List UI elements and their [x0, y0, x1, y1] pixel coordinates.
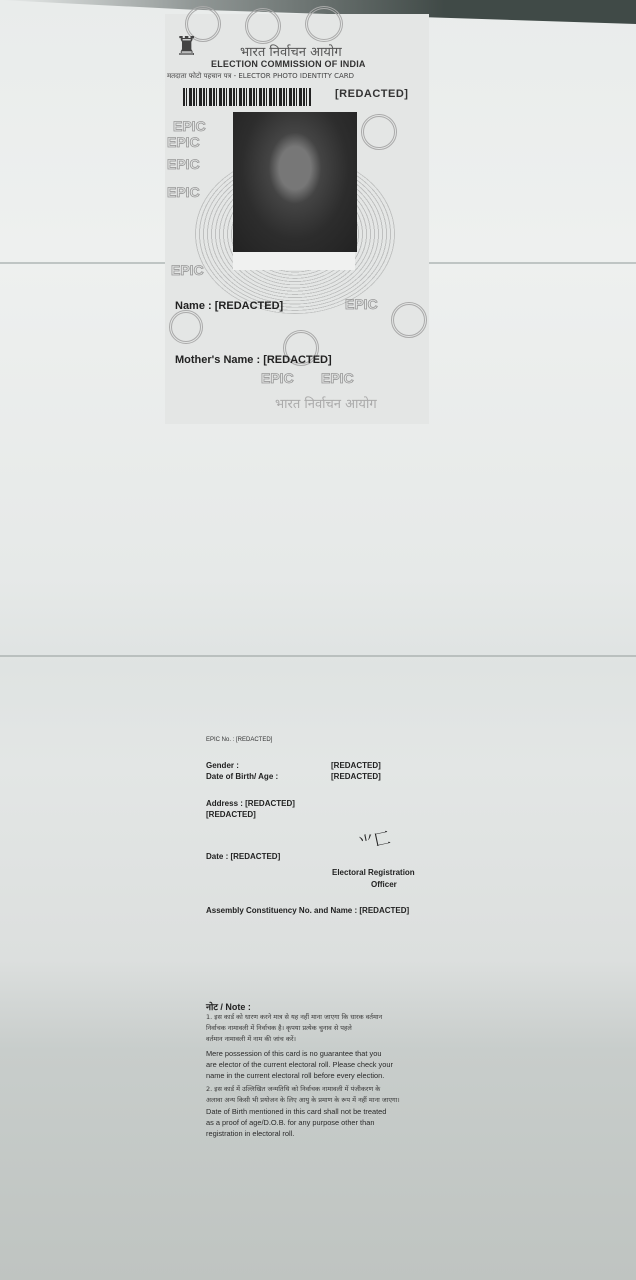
- officer-title-1: Electoral Registration: [332, 868, 415, 877]
- officer-title-2: Officer: [371, 880, 397, 889]
- note-hindi-2a: 2. इस कार्ड में उल्लिखित जन्मतिथि को निर…: [206, 1084, 380, 1093]
- constituency-value: [REDACTED]: [359, 906, 409, 915]
- guilloche-pattern: [391, 302, 427, 338]
- photo-strip: [233, 252, 355, 270]
- id-card-front: ♜ भारत निर्वाचन आयोग ELECTION COMMISSION…: [165, 14, 429, 424]
- guilloche-pattern: [305, 6, 343, 42]
- epic-number: [REDACTED]: [335, 88, 408, 100]
- guilloche-pattern: [169, 310, 203, 344]
- address-label: Address :: [206, 799, 243, 808]
- watermark: EPIC: [261, 370, 294, 386]
- note-hindi-2b: अलावा अन्य किसी भी प्रयोजन के लिए आयु के…: [206, 1095, 400, 1104]
- guilloche-pattern: [245, 8, 281, 44]
- watermark: EPIC: [167, 156, 200, 172]
- date-value: [REDACTED]: [230, 852, 280, 861]
- address-line-2: [REDACTED]: [206, 810, 256, 819]
- paper-fold: [0, 655, 636, 657]
- note-english-2a: Date of Birth mentioned in this card sha…: [206, 1107, 386, 1116]
- name-label: Name :: [175, 300, 212, 312]
- note-hindi-1c: वर्तमान नामावली में नाम की जांच करें।: [206, 1034, 296, 1043]
- header-english: ELECTION COMMISSION OF INDIA: [211, 59, 366, 69]
- footer-hindi: भारत निर्वाचन आयोग: [275, 394, 377, 412]
- watermark: EPIC: [173, 118, 206, 134]
- holder-photo-redacted: [233, 112, 357, 252]
- watermark: EPIC: [167, 134, 200, 150]
- header-hindi: भारत निर्वाचन आयोग: [240, 42, 342, 60]
- note-english-1a: Mere possession of this card is no guara…: [206, 1049, 381, 1058]
- watermark: EPIC: [167, 184, 200, 200]
- guilloche-pattern: [361, 114, 397, 150]
- date-label: Date :: [206, 852, 228, 861]
- officer-signature: ⺌⼕: [356, 825, 392, 854]
- dob-label: Date of Birth/ Age :: [206, 772, 278, 781]
- note-english-2b: as a proof of age/D.O.B. for any purpose…: [206, 1118, 374, 1127]
- mother-name-label: Mother's Name :: [175, 354, 260, 366]
- address-line-1: [REDACTED]: [245, 799, 295, 808]
- gender-label: Gender :: [206, 761, 239, 770]
- barcode: [183, 88, 311, 106]
- note-hindi-1b: निर्वाचक नामावली में निर्वाचक है। कृपया …: [206, 1023, 352, 1032]
- watermark: EPIC: [171, 262, 204, 278]
- note-english-1b: are elector of the current electoral rol…: [206, 1060, 393, 1069]
- mother-name-value: [REDACTED]: [263, 354, 331, 366]
- gender-value: [REDACTED]: [331, 761, 381, 770]
- epic-line: EPIC No. : [REDACTED]: [206, 737, 272, 743]
- dob-value: [REDACTED]: [331, 772, 381, 781]
- note-english-2c: registration in electoral roll.: [206, 1129, 294, 1138]
- constituency-label: Assembly Constituency No. and Name :: [206, 906, 357, 915]
- watermark: EPIC: [321, 370, 354, 386]
- card-subheader: मतदाता फोटो पहचान पत्र - ELECTOR PHOTO I…: [167, 72, 354, 81]
- note-hindi-1a: 1. इस कार्ड को धारण करने मात्र से यह नही…: [206, 1012, 382, 1021]
- note-english-1c: name in the current electoral roll befor…: [206, 1071, 384, 1080]
- national-emblem-icon: ♜: [175, 28, 197, 64]
- name-value: [REDACTED]: [215, 300, 283, 312]
